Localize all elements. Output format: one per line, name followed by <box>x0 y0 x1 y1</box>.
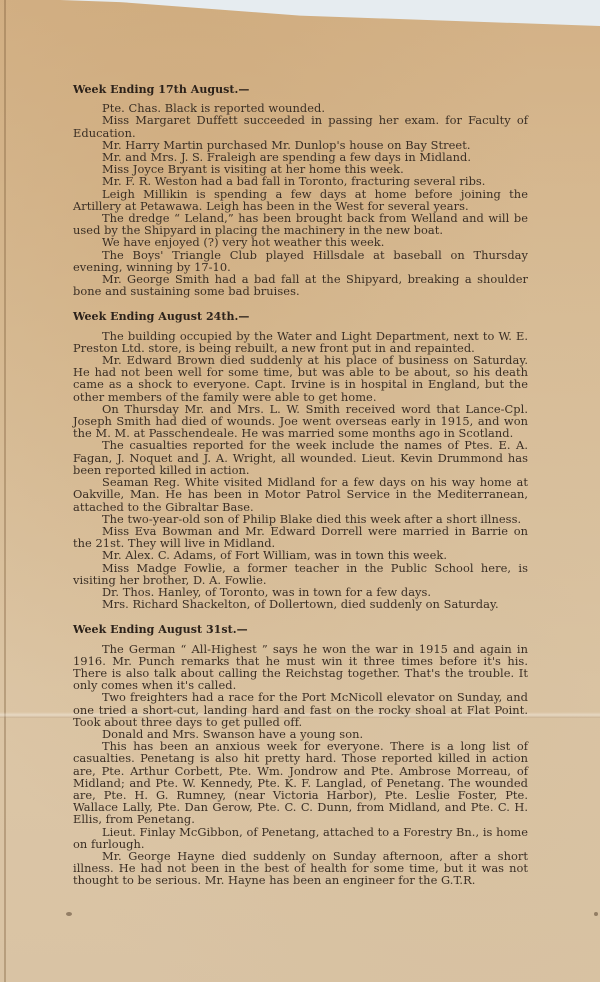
news-item: Mrs. Richard Shackelton, of Dollertown, … <box>73 598 528 610</box>
news-item: Mr. Alex. C. Adams, of Fort William, was… <box>73 549 528 561</box>
section-heading: Week Ending August 31st.— <box>73 624 528 636</box>
news-item: Two freighters had a race for the Port M… <box>73 691 528 728</box>
news-item: The Boys' Triangle Club played Hillsdale… <box>73 249 528 273</box>
section-week-august-31st: Week Ending August 31st.— The German “ A… <box>73 624 528 886</box>
news-item: Mr. F. R. Weston had a bad fall in Toron… <box>73 175 528 187</box>
section-heading: Week Ending 17th August.— <box>73 84 528 96</box>
document-page: Week Ending 17th August.— Pte. Chas. Bla… <box>0 0 600 982</box>
ink-speck <box>594 912 598 916</box>
section-week-august-24th: Week Ending August 24th.— The building o… <box>73 311 528 610</box>
news-item: On Thursday Mr. and Mrs. L. W. Smith rec… <box>73 403 528 440</box>
news-item: Miss Eva Bowman and Mr. Edward Dorrell w… <box>73 525 528 549</box>
ink-speck <box>66 912 72 916</box>
news-item: The building occupied by the Water and L… <box>73 330 528 354</box>
article-body: Week Ending 17th August.— Pte. Chas. Bla… <box>73 84 528 901</box>
news-item: Mr. Edward Brown died suddenly at his pl… <box>73 354 528 403</box>
torn-corner-background <box>0 0 600 26</box>
news-item: Lieut. Finlay McGibbon, of Penetang, att… <box>73 826 528 850</box>
news-item: Leigh Millikin is spending a few days at… <box>73 188 528 212</box>
news-item: Miss Madge Fowlie, a former teacher in t… <box>73 562 528 586</box>
news-item: Mr. George Smith had a bad fall at the S… <box>73 273 528 297</box>
news-item: Mr. George Hayne died suddenly on Sunday… <box>73 850 528 887</box>
section-heading: Week Ending August 24th.— <box>73 311 528 323</box>
page-left-edge <box>4 0 6 982</box>
section-week-17th-august: Week Ending 17th August.— Pte. Chas. Bla… <box>73 84 528 297</box>
news-item: This has been an anxious week for everyo… <box>73 740 528 825</box>
news-item: The casualties reported for the week inc… <box>73 439 528 476</box>
news-item: We have enjoyed (?) very hot weather thi… <box>73 236 528 248</box>
news-item: The dredge “ Leland,” has been brought b… <box>73 212 528 236</box>
news-item: Seaman Reg. White visited Midland for a … <box>73 476 528 513</box>
news-item: The German “ All-Highest ” says he won t… <box>73 643 528 692</box>
news-item: Miss Margaret Duffett succeeded in passi… <box>73 114 528 138</box>
